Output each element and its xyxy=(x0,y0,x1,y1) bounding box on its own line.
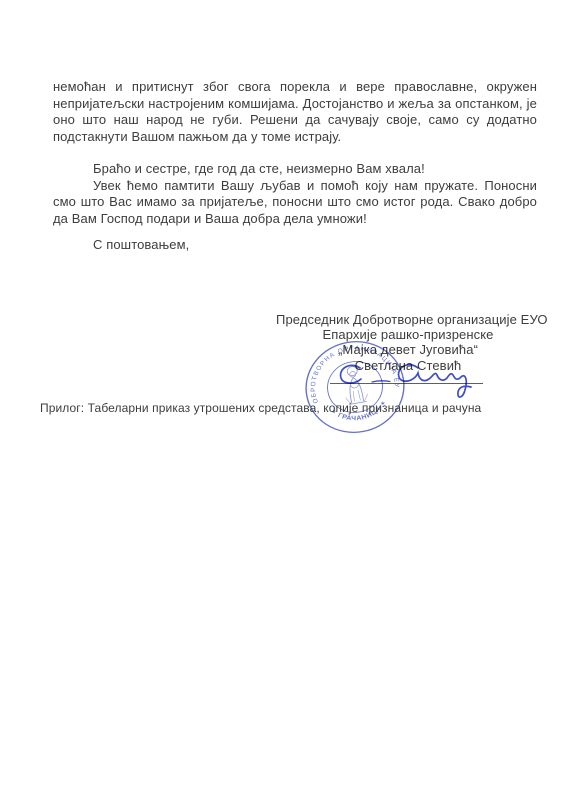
signature-title-line1: Председник Добротворне организације ЕУО xyxy=(276,312,540,327)
letter-page: немоћан и притиснут због свога порекла и… xyxy=(0,0,570,790)
attachment-note: Прилог: Табеларни приказ утрошених средс… xyxy=(40,401,540,416)
closing-salutation: С поштовањем, xyxy=(53,237,537,254)
handwritten-signature xyxy=(330,357,482,407)
paragraph-gratitude: Увек ћемо памтити Вашу љубав и помоћ кој… xyxy=(53,178,537,228)
paragraph-address: Браћо и сестре, где год да сте, неизмерн… xyxy=(53,161,537,178)
signature-title-line2: Епархије рашко-призренске xyxy=(276,327,540,342)
letter-body: немоћан и притиснут због свога порекла и… xyxy=(53,79,537,254)
paragraph-continuation: немоћан и притиснут због свога порекла и… xyxy=(53,79,537,145)
